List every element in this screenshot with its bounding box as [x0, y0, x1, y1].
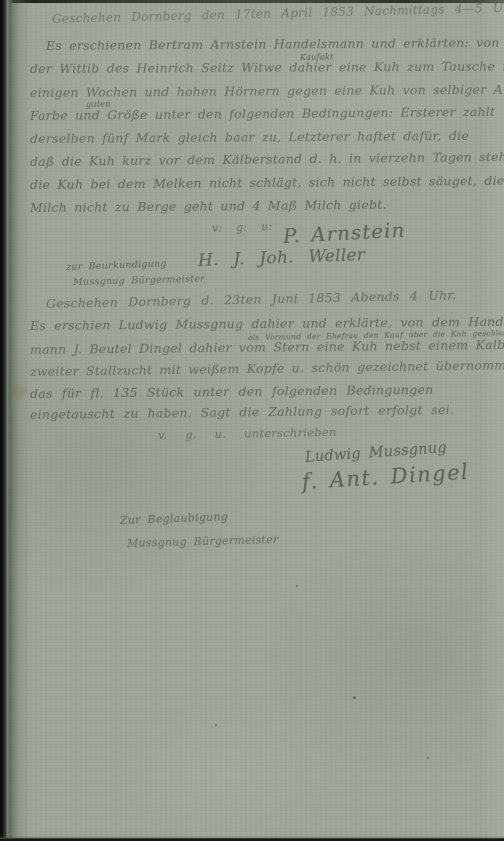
- entry1-date-heading: Geschehen Dornberg den 17ten April 1853 …: [52, 1, 504, 26]
- page-bottom-edge: [0, 836, 504, 841]
- entry1-interline-insertion: Kaufakt: [300, 52, 334, 62]
- entry1-body-line: Milch nicht zu Berge geht und 4 Maß Milc…: [30, 197, 387, 215]
- entry1-body-line: daß die Kuh kurz vor dem Kälberstand d. …: [30, 149, 504, 169]
- ink-speck: [215, 724, 217, 726]
- ink-speck: [353, 696, 356, 699]
- entry1-body-line: die Kuh bei dem Melken nicht schlägt, si…: [30, 173, 504, 192]
- page-right-edge: [482, 0, 504, 841]
- entry1-body-line: derselben fünf Mark gleich baar zu, Letz…: [30, 128, 469, 146]
- entry1-signature-weller: H. J. Joh. Weller: [198, 245, 366, 271]
- entry1-attestation-line1: zur Beurkundigung: [66, 258, 167, 273]
- ink-speck: [296, 585, 298, 587]
- entry2-attestation-line1: Zur Beglaubigung: [120, 510, 228, 527]
- entry1-body-line: einigen Wochen und hohen Hörnern gegen e…: [30, 82, 504, 100]
- book-binding-edge: [0, 0, 32, 841]
- entry1-body-line: Es erschienen Bertram Arnstein Handelsma…: [46, 35, 500, 53]
- entry2-body-line: das für fl. 135 Stück unter den folgende…: [30, 382, 434, 401]
- entry2-date-heading: Geschehen Dornberg d. 23ten Juni 1853 Ab…: [46, 287, 457, 311]
- entry1-vgu-mark: v: g: u:: [212, 220, 273, 235]
- entry1-attestation-line2: Mussgnug Bürgermeister: [73, 274, 205, 288]
- entry1-signature-arnstein: P. Arnstein: [282, 218, 406, 248]
- entry1-body-line: der Wittib des Heinrich Seitz Witwe dahi…: [30, 58, 504, 76]
- entry2-body-line: mann J. Beutel Dingel dahier vom Stern e…: [30, 337, 504, 357]
- entry1-interline-insertion: guten: [86, 100, 111, 109]
- paper-stain: [12, 386, 28, 397]
- manuscript-page: Geschehen Dornberg den 17ten April 1853 …: [0, 0, 504, 841]
- entry2-attestation-line2: Mussgnug Bürgermeister: [127, 533, 279, 550]
- entry2-closing-formula: v. g. u. unterschrieben: [158, 425, 337, 442]
- entry2-body-line: zweiter Stallzucht mit weißem Kopfe u. s…: [30, 357, 504, 379]
- entry2-signature-dingel: f. Ant. Dingel: [301, 460, 470, 494]
- ink-speck: [427, 757, 429, 759]
- entry2-body-line: eingetauscht zu haben. Sagt die Zahlung …: [30, 402, 454, 422]
